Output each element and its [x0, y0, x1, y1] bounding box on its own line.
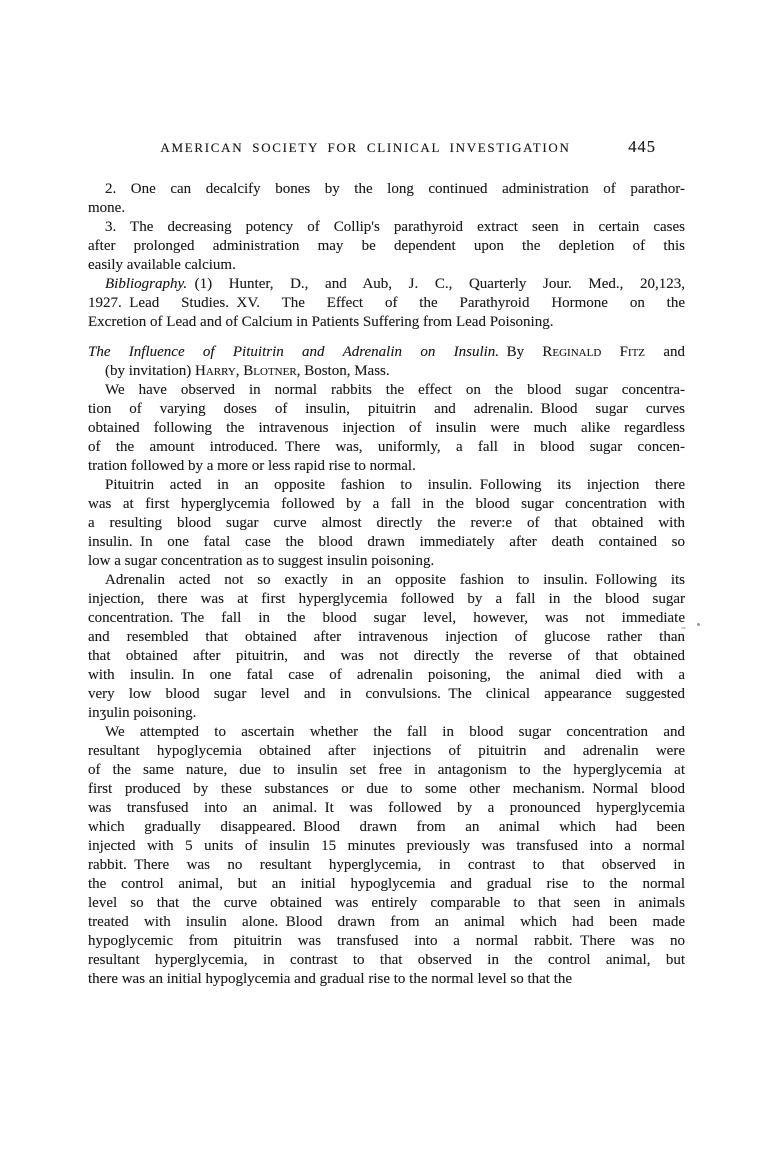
text-line: of the amount introduced. There was, uni…	[88, 438, 685, 457]
text-line: Pituitrin acted in an opposite fashion t…	[88, 476, 685, 495]
text-run: Excretion of Lead and of Calcium in Pati…	[88, 314, 553, 330]
text-run: which gradually disappeared. Blood drawn…	[88, 819, 685, 835]
text-line: Adrenalin acted not so exactly in an opp…	[88, 571, 685, 590]
text-line: first produced by these substances or du…	[88, 780, 685, 799]
text-run: first produced by these substances or du…	[88, 781, 685, 797]
text-run: resultant hyperglycemia, in contrast to …	[88, 952, 685, 968]
italic-run: The Influence of Pituitrin and Adrenalin…	[88, 344, 499, 360]
text-line: Bibliography. (1) Hunter, D., and Aub, J…	[88, 275, 685, 294]
text-run: , Boston, Mass.	[297, 363, 390, 379]
text-run: the control animal, but an initial hypog…	[88, 876, 685, 892]
text-run: 2. One can decalcify bones by the long c…	[105, 181, 685, 197]
article-title: The Influence of Pituitrin and Adrenalin…	[88, 343, 685, 381]
text-run: rabbit. There was no resultant hyperglyc…	[88, 857, 685, 873]
text-run: concentration. The fall in the blood sug…	[88, 610, 685, 626]
text-run: inʒulin poisoning.	[88, 705, 196, 721]
text-run: level so that the curve obtained was ent…	[88, 895, 685, 911]
text-run: very low blood sugar level and in convul…	[88, 686, 685, 702]
scan-speck	[697, 623, 700, 626]
text-line: 3. The decreasing potency of Collip's pa…	[88, 218, 685, 237]
text-run: We have observed in normal rabbits the e…	[105, 382, 685, 398]
running-title: AMERICAN SOCIETY FOR CLINICAL INVESTIGAT…	[88, 140, 685, 156]
text-run: hypoglycemic from pituitrin was transfus…	[88, 933, 685, 949]
text-run: tion of varying doses of insulin, pituit…	[88, 401, 685, 417]
text-line: with insulin. In one fatal case of adren…	[88, 666, 685, 685]
text-run: was at first hyperglycemia followed by a…	[88, 496, 685, 512]
italic-run: Bibliography.	[105, 276, 187, 292]
page-header: AMERICAN SOCIETY FOR CLINICAL INVESTIGAT…	[88, 140, 685, 159]
text-line: that obtained after pituitrin, and was n…	[88, 647, 685, 666]
text-line: rabbit. There was no resultant hyperglyc…	[88, 856, 685, 875]
text-line: was at first hyperglycemia followed by a…	[88, 495, 685, 514]
text-run: treated with insulin alone. Blood drawn …	[88, 914, 685, 930]
text-line: inʒulin poisoning.	[88, 704, 685, 723]
paragraph-observed: We have observed in normal rabbits the e…	[88, 381, 685, 476]
text-run: (by invitation)	[105, 363, 195, 379]
text-column: AMERICAN SOCIETY FOR CLINICAL INVESTIGAT…	[88, 140, 685, 989]
text-line: low a sugar concentration as to suggest …	[88, 552, 685, 571]
text-run: and	[645, 344, 685, 360]
text-line: treated with insulin alone. Blood drawn …	[88, 913, 685, 932]
text-line: of the same nature, due to insulin set f…	[88, 761, 685, 780]
text-run: there was an initial hypoglycemia and gr…	[88, 971, 572, 987]
text-line: very low blood sugar level and in convul…	[88, 685, 685, 704]
text-run: By	[499, 344, 542, 360]
text-line: level so that the curve obtained was ent…	[88, 894, 685, 913]
text-line: insulin. In one fatal case the blood dra…	[88, 533, 685, 552]
paragraph-pituitrin: Pituitrin acted in an opposite fashion t…	[88, 476, 685, 571]
text-line: (by invitation) Harry, Blotner, Boston, …	[88, 362, 685, 381]
text-run: resultant hypoglycemia obtained after in…	[88, 743, 685, 759]
text-run: injection, there was at first hyperglyce…	[88, 591, 685, 607]
text-line: tion of varying doses of insulin, pituit…	[88, 400, 685, 419]
text-line: hypoglycemic from pituitrin was transfus…	[88, 932, 685, 951]
text-line: resultant hypoglycemia obtained after in…	[88, 742, 685, 761]
text-run: of the same nature, due to insulin set f…	[88, 762, 685, 778]
text-line: resultant hyperglycemia, in contrast to …	[88, 951, 685, 970]
text-run: We attempted to ascertain whether the fa…	[105, 724, 685, 740]
smallcaps-run: Harry, Blotner	[195, 363, 297, 379]
page-number: 445	[628, 137, 656, 157]
text-run: with insulin. In one fatal case of adren…	[88, 667, 685, 683]
text-line: Excretion of Lead and of Calcium in Pati…	[88, 313, 685, 332]
text-run: mone.	[88, 200, 125, 216]
text-line: there was an initial hypoglycemia and gr…	[88, 970, 685, 989]
text-line: obtained following the intravenous injec…	[88, 419, 685, 438]
scan-speck	[681, 627, 686, 629]
text-line: which gradually disappeared. Blood drawn…	[88, 818, 685, 837]
text-run: of the amount introduced. There was, uni…	[88, 439, 685, 455]
text-line: tration followed by a more or less rapid…	[88, 457, 685, 476]
text-run: injected with 5 units of insulin 15 minu…	[88, 838, 685, 854]
text-line: was transfused into an animal. It was fo…	[88, 799, 685, 818]
text-line: injection, there was at first hyperglyce…	[88, 590, 685, 609]
text-run: obtained following the intravenous injec…	[88, 420, 685, 436]
paragraph-point-3: 3. The decreasing potency of Collip's pa…	[88, 218, 685, 275]
text-line: concentration. The fall in the blood sug…	[88, 609, 685, 628]
text-line: We attempted to ascertain whether the fa…	[88, 723, 685, 742]
text-run: a resulting blood sugar curve almost dir…	[88, 515, 685, 531]
text-line: after prolonged administration may be de…	[88, 237, 685, 256]
text-run: low a sugar concentration as to suggest …	[88, 553, 434, 569]
text-line: easily available calcium.	[88, 256, 685, 275]
text-run: Pituitrin acted in an opposite fashion t…	[105, 477, 685, 493]
text-run: 3. The decreasing potency of Collip's pa…	[105, 219, 685, 235]
text-run: after prolonged administration may be de…	[88, 238, 685, 254]
text-run: easily available calcium.	[88, 257, 236, 273]
text-line: injected with 5 units of insulin 15 minu…	[88, 837, 685, 856]
text-line: a resulting blood sugar curve almost dir…	[88, 514, 685, 533]
text-run: (1) Hunter, D., and Aub, J. C., Quarterl…	[187, 276, 685, 292]
text-run: tration followed by a more or less rapid…	[88, 458, 416, 474]
text-run: and resembled that obtained after intrav…	[88, 629, 685, 645]
text-line: the control animal, but an initial hypog…	[88, 875, 685, 894]
text-line: and resembled that obtained after intrav…	[88, 628, 685, 647]
paragraph-bibliography: Bibliography. (1) Hunter, D., and Aub, J…	[88, 275, 685, 332]
text-line: 2. One can decalcify bones by the long c…	[88, 180, 685, 199]
journal-page: AMERICAN SOCIETY FOR CLINICAL INVESTIGAT…	[0, 0, 767, 1163]
text-run: Adrenalin acted not so exactly in an opp…	[105, 572, 685, 588]
text-line: 1927. Lead Studies. XV. The Effect of th…	[88, 294, 685, 313]
paragraph-transfusion: We attempted to ascertain whether the fa…	[88, 723, 685, 989]
text-run: insulin. In one fatal case the blood dra…	[88, 534, 685, 550]
smallcaps-run: Reginald Fitz	[542, 344, 645, 360]
paragraph-adrenalin: Adrenalin acted not so exactly in an opp…	[88, 571, 685, 723]
text-line: mone.	[88, 199, 685, 218]
text-line: The Influence of Pituitrin and Adrenalin…	[88, 343, 685, 362]
text-line: We have observed in normal rabbits the e…	[88, 381, 685, 400]
text-run: was transfused into an animal. It was fo…	[88, 800, 685, 816]
text-run: that obtained after pituitrin, and was n…	[88, 648, 685, 664]
text-run: 1927. Lead Studies. XV. The Effect of th…	[88, 295, 685, 311]
paragraph-point-2: 2. One can decalcify bones by the long c…	[88, 180, 685, 218]
